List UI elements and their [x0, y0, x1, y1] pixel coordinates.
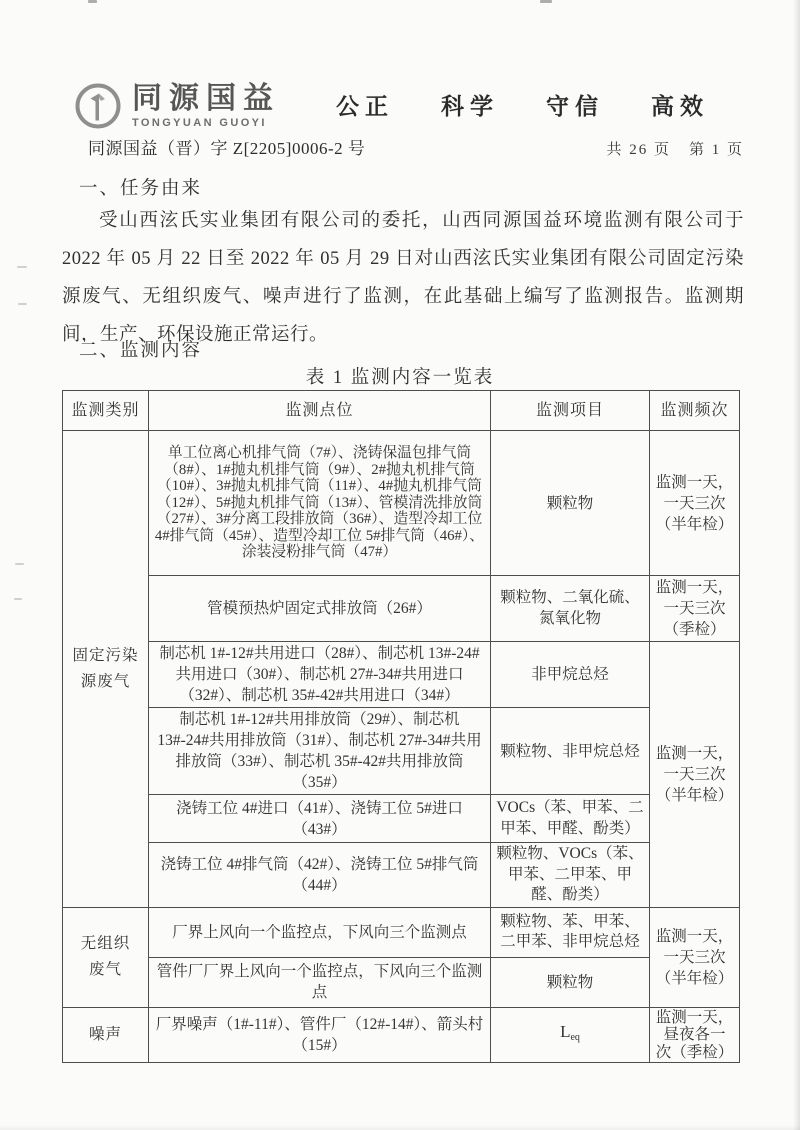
monitoring-frequency: 监测一天， 昼夜各一 次（季检） — [650, 1007, 740, 1063]
slogan-word: 公正 — [336, 88, 394, 121]
slogan-word: 高效 — [651, 88, 709, 121]
monitoring-position: 制芯机 1#-12#共用进口（28#）、制芯机 13#-24#共用进口（30#）… — [149, 642, 491, 708]
section-1-paragraph: 受山西泫氏实业集团有限公司的委托，山西同源国益环境监测有限公司于 2022 年 … — [62, 202, 744, 342]
monitoring-item: 颗粒物、VOCs（苯、甲苯、二甲苯、甲醛、酚类） — [491, 843, 650, 908]
table-row: 浇铸工位 4#进口（41#）、浇铸工位 5#进口（43#） VOCs（苯、甲苯、… — [63, 795, 740, 843]
category-fixed-source: 固定污染 源废气 — [63, 431, 149, 908]
brand-text: 同源国益 TONGYUAN GUOYI — [132, 84, 280, 129]
brand-latin-name: TONGYUAN GUOYI — [132, 117, 280, 129]
company-logo: 同源国益 TONGYUAN GUOYI — [74, 82, 280, 130]
monitoring-position: 浇铸工位 4#排气筒（42#）、浇铸工位 5#排气筒（44#） — [149, 843, 491, 908]
report-header: 同源国益 TONGYUAN GUOYI 公正 科学 守信 高效 — [74, 82, 742, 130]
current-page: 第 1 页 — [689, 138, 744, 159]
monitoring-position: 单工位离心机排气筒（7#）、浇铸保温包排气筒（8#）、1#抛丸机排气筒（9#）、… — [149, 431, 491, 576]
monitoring-content-table: 监测类别 监测点位 监测项目 监测频次 固定污染 源废气 单工位离心机排气筒（7… — [62, 390, 740, 1063]
total-pages: 共 26 页 — [606, 138, 671, 159]
category-fugitive: 无组织 废气 — [63, 907, 149, 1007]
col-header-position: 监测点位 — [149, 391, 491, 431]
slogan-word: 守信 — [546, 88, 604, 121]
table-header-row: 监测类别 监测点位 监测项目 监测频次 — [63, 391, 740, 431]
monitoring-frequency: 监测一天， 一天三次 （半年检） — [650, 642, 740, 908]
monitoring-item: VOCs（苯、甲苯、二甲苯、甲醛、酚类） — [491, 795, 650, 843]
tongyuan-logo-icon — [74, 82, 122, 130]
monitoring-position: 管件厂厂界上风向一个监控点，下风向三个监测点 — [149, 957, 491, 1007]
scan-artifact — [18, 303, 27, 305]
page-info: 共 26 页 第 1 页 — [606, 138, 744, 159]
section-1-heading: 一、任务由来 — [79, 174, 202, 200]
brand-name: 同源国益 — [132, 84, 280, 114]
scan-artifact — [88, 0, 97, 3]
table-caption: 表 1 监测内容一览表 — [62, 363, 738, 389]
table-row: 固定污染 源废气 单工位离心机排气筒（7#）、浇铸保温包排气筒（8#）、1#抛丸… — [63, 431, 740, 576]
monitoring-frequency: 监测一天， 一天三次 （季检） — [650, 576, 740, 642]
monitoring-position: 厂界噪声（1#-11#）、管件厂（12#-14#）、箭头村（15#） — [149, 1007, 491, 1063]
monitoring-position: 制芯机 1#-12#共用排放筒（29#）、制芯机 13#-24#共用排放筒（31… — [149, 708, 491, 795]
table-row: 无组织 废气 厂界上风向一个监控点，下风向三个监测点 颗粒物、苯、甲苯、二甲苯、… — [63, 907, 740, 957]
col-header-frequency: 监测频次 — [650, 391, 740, 431]
company-slogan: 公正 科学 守信 高效 — [336, 88, 709, 121]
scan-artifact — [15, 563, 24, 565]
monitoring-item-leq: Leq — [491, 1007, 650, 1063]
table-row: 管件厂厂界上风向一个监控点，下风向三个监测点 颗粒物 — [63, 957, 740, 1007]
table-row: 制芯机 1#-12#共用进口（28#）、制芯机 13#-24#共用进口（30#）… — [63, 642, 740, 708]
col-header-item: 监测项目 — [491, 391, 650, 431]
leq-symbol: L — [560, 1022, 570, 1041]
table-row: 制芯机 1#-12#共用排放筒（29#）、制芯机 13#-24#共用排放筒（31… — [63, 708, 740, 795]
monitoring-frequency: 监测一天， 一天三次 （半年检） — [650, 907, 740, 1007]
slogan-word: 科学 — [441, 88, 499, 121]
col-header-category: 监测类别 — [63, 391, 149, 431]
monitoring-position: 管模预热炉固定式排放筒（26#） — [149, 576, 491, 642]
table-row: 浇铸工位 4#排气筒（42#）、浇铸工位 5#排气筒（44#） 颗粒物、VOCs… — [63, 843, 740, 908]
monitoring-item: 颗粒物 — [491, 957, 650, 1007]
monitoring-item: 颗粒物 — [491, 431, 650, 576]
scan-edge-shadow-bottom — [0, 1125, 800, 1130]
monitoring-item: 非甲烷总烃 — [491, 642, 650, 708]
scanned-report-page: 同源国益 TONGYUAN GUOYI 公正 科学 守信 高效 同源国益（晋）字… — [0, 0, 800, 1130]
leq-subscript: eq — [570, 1032, 579, 1043]
document-meta-row: 同源国益（晋）字 Z[2205]0006-2 号 共 26 页 第 1 页 — [88, 134, 744, 159]
monitoring-frequency: 监测一天， 一天三次 （半年检） — [650, 431, 740, 576]
scan-artifact — [17, 266, 27, 268]
monitoring-item: 颗粒物、二氧化硫、 氮氧化物 — [491, 576, 650, 642]
scan-edge-shadow — [793, 0, 800, 1130]
monitoring-item: 颗粒物、非甲烷总烃 — [491, 708, 650, 795]
monitoring-position: 浇铸工位 4#进口（41#）、浇铸工位 5#进口（43#） — [149, 795, 491, 843]
table-row: 噪声 厂界噪声（1#-11#）、管件厂（12#-14#）、箭头村（15#） Le… — [63, 1007, 740, 1063]
document-number: 同源国益（晋）字 Z[2205]0006-2 号 — [88, 134, 365, 159]
section-2-heading: 二、监测内容 — [79, 336, 202, 362]
scan-artifact — [540, 0, 552, 3]
category-noise: 噪声 — [63, 1007, 149, 1063]
monitoring-position: 厂界上风向一个监控点，下风向三个监测点 — [149, 907, 491, 957]
monitoring-item: 颗粒物、苯、甲苯、二甲苯、非甲烷总烃 — [491, 907, 650, 957]
scan-artifact — [14, 598, 22, 600]
table-row: 管模预热炉固定式排放筒（26#） 颗粒物、二氧化硫、 氮氧化物 监测一天， 一天… — [63, 576, 740, 642]
